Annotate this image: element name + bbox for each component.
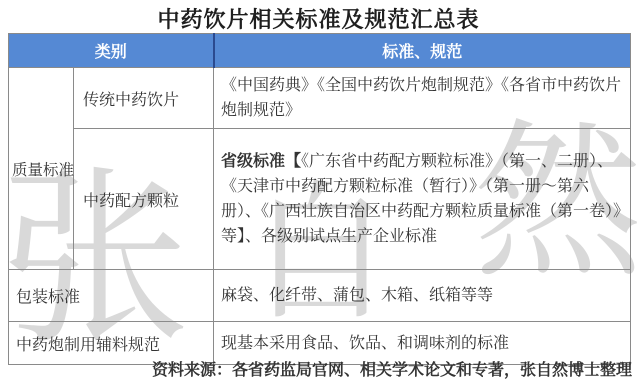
standards-table: 类别 标准、规范 质量标准 传统中药饮片 《中国药典》《全国中药饮片炮制规范》《… xyxy=(8,33,631,365)
granule-bold-prefix: 省级标准【 xyxy=(221,153,301,170)
source-note: 资料来源：各省药监局官网、相关学术论文和专著，张自然博士整理 xyxy=(152,357,632,380)
traditional-label: 传统中药饮片 xyxy=(74,68,214,129)
traditional-content: 《中国药典》《全国中药饮片炮制规范》《各省市中药饮片炮制规范》 xyxy=(214,68,631,129)
page: 张 自 然 中药饮片相关标准及规范汇总表 类别 标准、规范 质量标准 传统中药饮… xyxy=(0,0,637,381)
granule-content: 省级标准【《广东省中药配方颗粒标准》（第一、二册）、《天津市中药配方颗粒标准（暂… xyxy=(214,129,631,270)
page-title: 中药饮片相关标准及规范汇总表 xyxy=(0,3,637,34)
header-cell-standard: 标准、规范 xyxy=(214,34,631,68)
packaging-label: 包装标准 xyxy=(9,270,214,322)
granule-label: 中药配方颗粒 xyxy=(74,129,214,270)
table-row-packaging: 包装标准 麻袋、化纤带、蒲包、木箱、纸箱等等 xyxy=(9,270,631,322)
table-header-row: 类别 标准、规范 xyxy=(9,34,631,68)
table-row-traditional: 质量标准 传统中药饮片 《中国药典》《全国中药饮片炮制规范》《各省市中药饮片炮制… xyxy=(9,68,631,129)
table-row-granule: 中药配方颗粒 省级标准【《广东省中药配方颗粒标准》（第一、二册）、《天津市中药配… xyxy=(9,129,631,270)
header-cell-category: 类别 xyxy=(9,34,214,68)
packaging-content: 麻袋、化纤带、蒲包、木箱、纸箱等等 xyxy=(214,270,631,322)
quality-category-label: 质量标准 xyxy=(9,68,74,270)
